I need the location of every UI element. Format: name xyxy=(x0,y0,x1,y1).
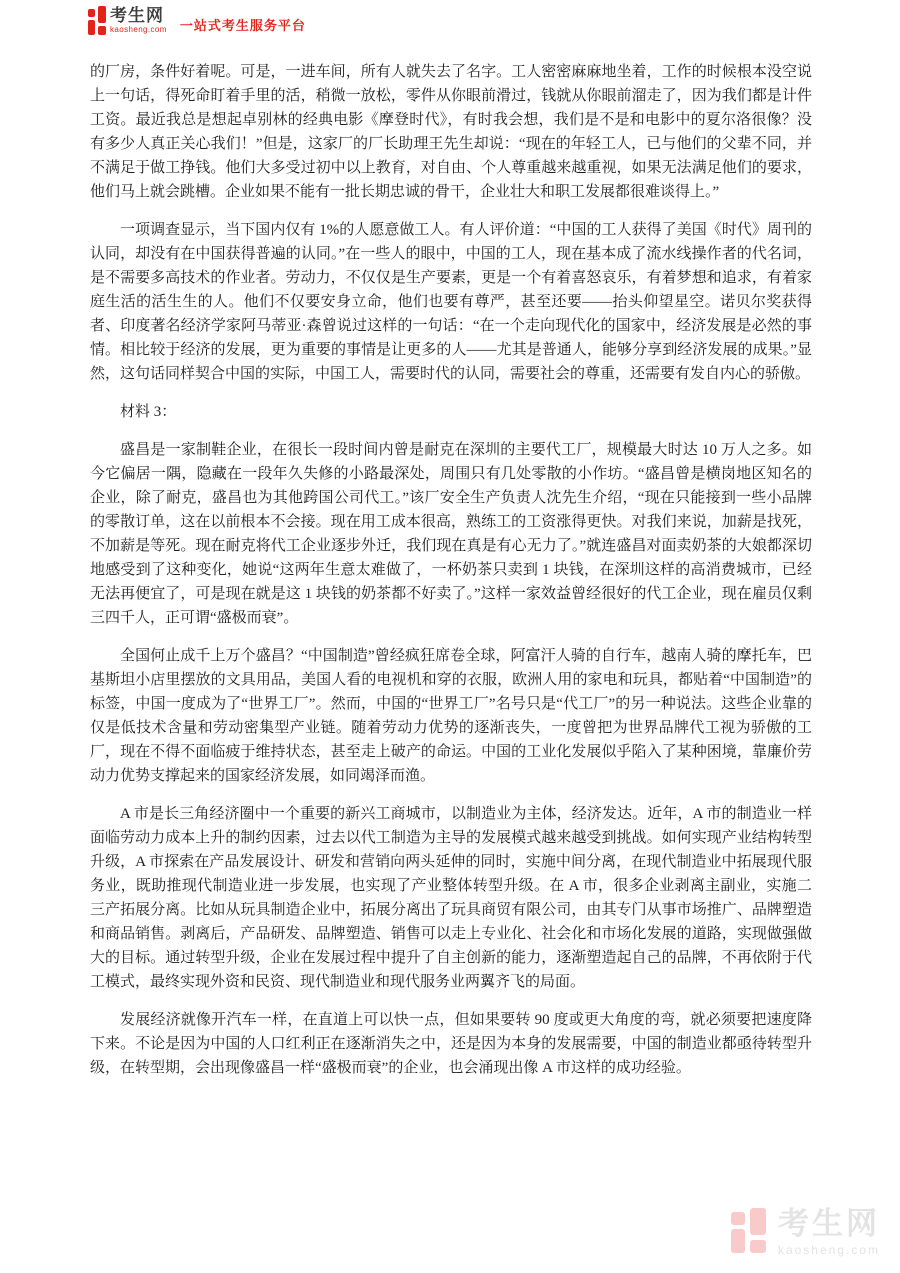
site-header: 考生网 kaosheng.com 一站式考生服务平台 xyxy=(88,6,306,35)
paragraph-shengchang: 盛昌是一家制鞋企业，在很长一段时间内曾是耐克在深圳的主要代工厂，规模最大时达 1… xyxy=(90,438,812,630)
watermark-brand-name: 考生网 xyxy=(778,1208,880,1239)
watermark-brand-domain: kaosheng.com xyxy=(778,1243,880,1257)
material-3-heading: 材料 3： xyxy=(90,400,812,424)
kaosheng-logo: 考生网 kaosheng.com xyxy=(88,6,167,35)
document-content: 的厂房，条件好着呢。可是，一进车间，所有人就失去了名字。工人密密麻麻地坐着，工作… xyxy=(90,60,812,1094)
brand-text: 考生网 kaosheng.com xyxy=(110,7,167,34)
paragraph-factory-floor: 的厂房，条件好着呢。可是，一进车间，所有人就失去了名字。工人密密麻麻地坐着，工作… xyxy=(90,60,812,204)
brand-name: 考生网 xyxy=(110,7,167,24)
watermark-text: 考生网 kaosheng.com xyxy=(778,1208,880,1257)
paragraph-survey: 一项调查显示，当下国内仅有 1%的人愿意做工人。有人评价道：“中国的工人获得了美… xyxy=(90,218,812,386)
paragraph-made-in-china: 全国何止成千上万个盛昌？“中国制造”曾经疯狂席卷全球，阿富汗人骑的自行车，越南人… xyxy=(90,644,812,788)
footer-watermark: 考生网 kaosheng.com xyxy=(731,1208,880,1257)
kaosheng-h-logo-icon xyxy=(88,6,106,35)
document-page: 考生网 kaosheng.com 一站式考生服务平台 的厂房，条件好着呢。可是，… xyxy=(0,0,900,1273)
brand-tagline: 一站式考生服务平台 xyxy=(180,15,306,34)
paragraph-city-a: A 市是长三角经济圈中一个重要的新兴工商城市，以制造业为主体，经济发达。近年，A… xyxy=(90,802,812,994)
paragraph-conclusion: 发展经济就像开汽车一样，在直道上可以快一点，但如果要转 90 度或更大角度的弯，… xyxy=(90,1008,812,1080)
kaosheng-h-watermark-icon xyxy=(731,1208,767,1255)
brand-domain: kaosheng.com xyxy=(110,26,167,34)
